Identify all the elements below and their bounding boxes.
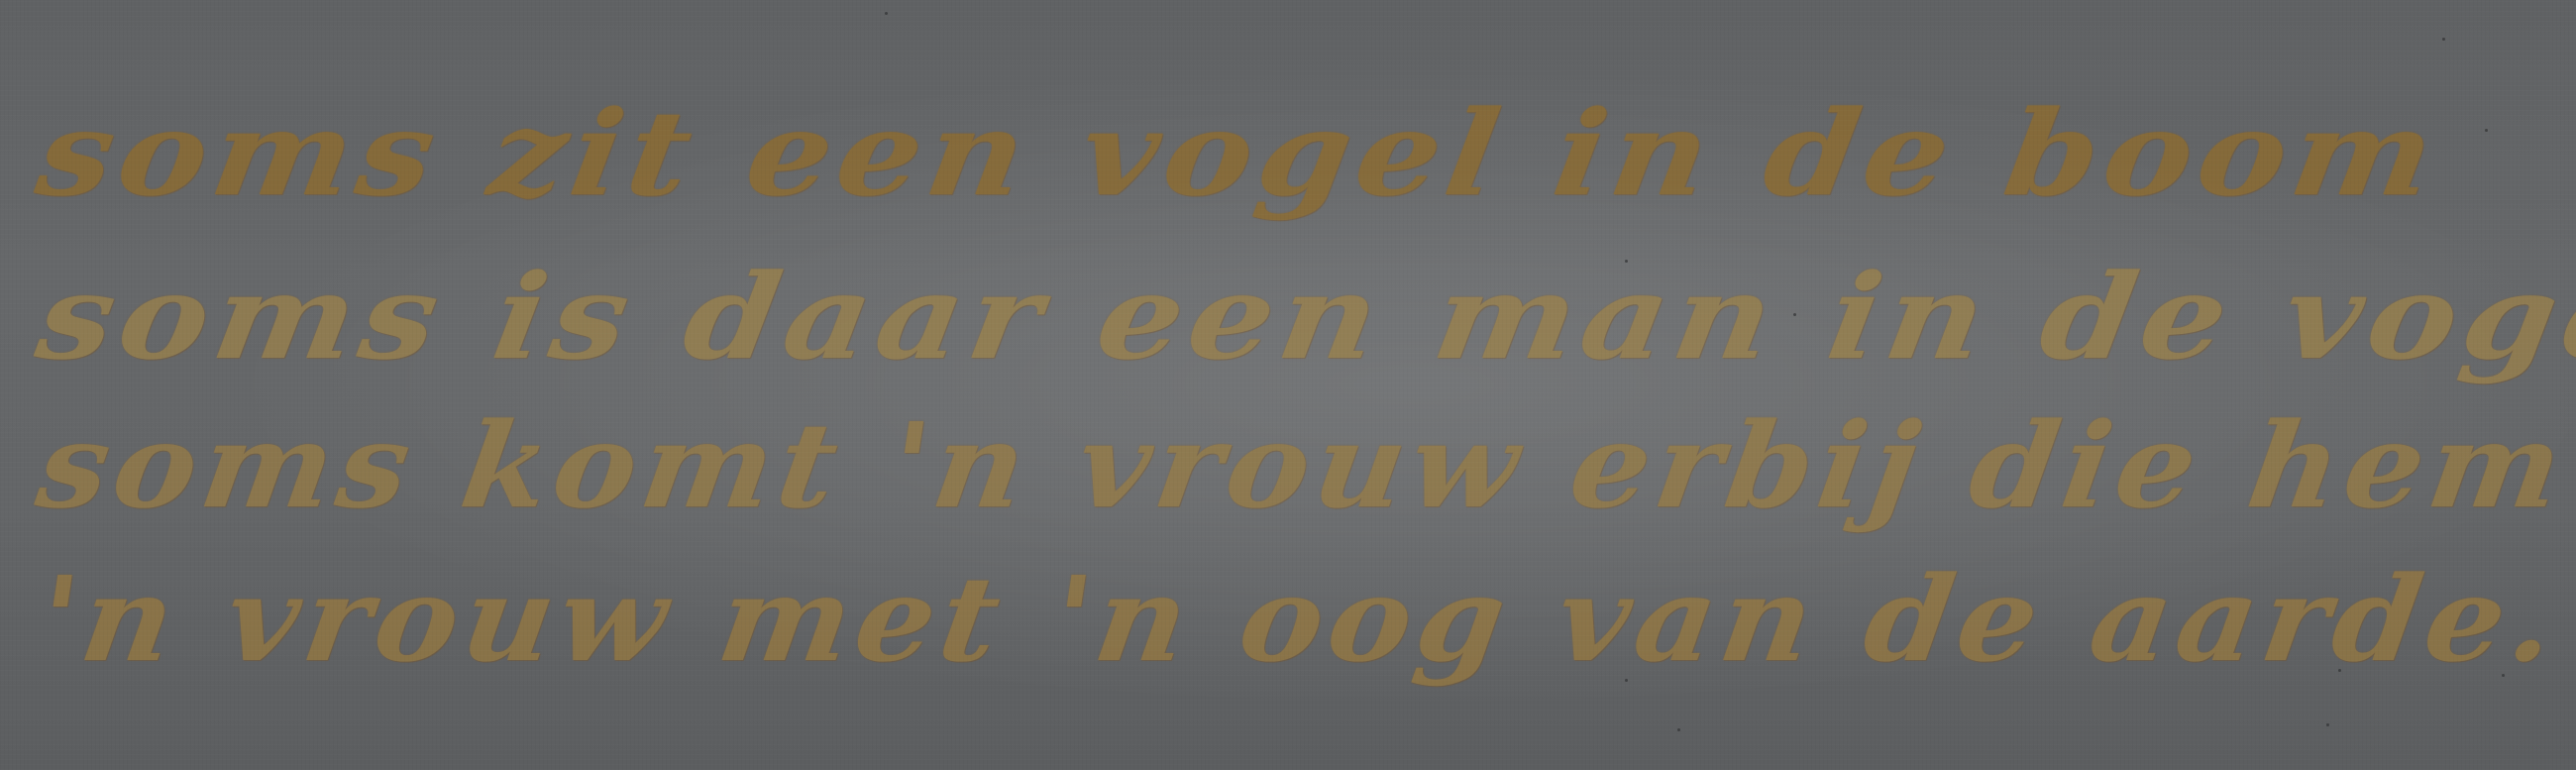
- poem-line-1: soms zit een vogel in de boom: [29, 84, 2449, 222]
- poem-line-3: soms komt 'n vrouw erbij die hem ziet: [30, 396, 2576, 534]
- paper-sheet: soms zit een vogel in de boom soms is da…: [0, 0, 2576, 770]
- poem-line-2: soms is daar een man in de vogel.: [29, 248, 2576, 385]
- poem-line-4: 'n vrouw met 'n oog van de aarde.: [30, 550, 2570, 688]
- handwritten-poem: soms zit een vogel in de boom soms is da…: [0, 0, 2576, 770]
